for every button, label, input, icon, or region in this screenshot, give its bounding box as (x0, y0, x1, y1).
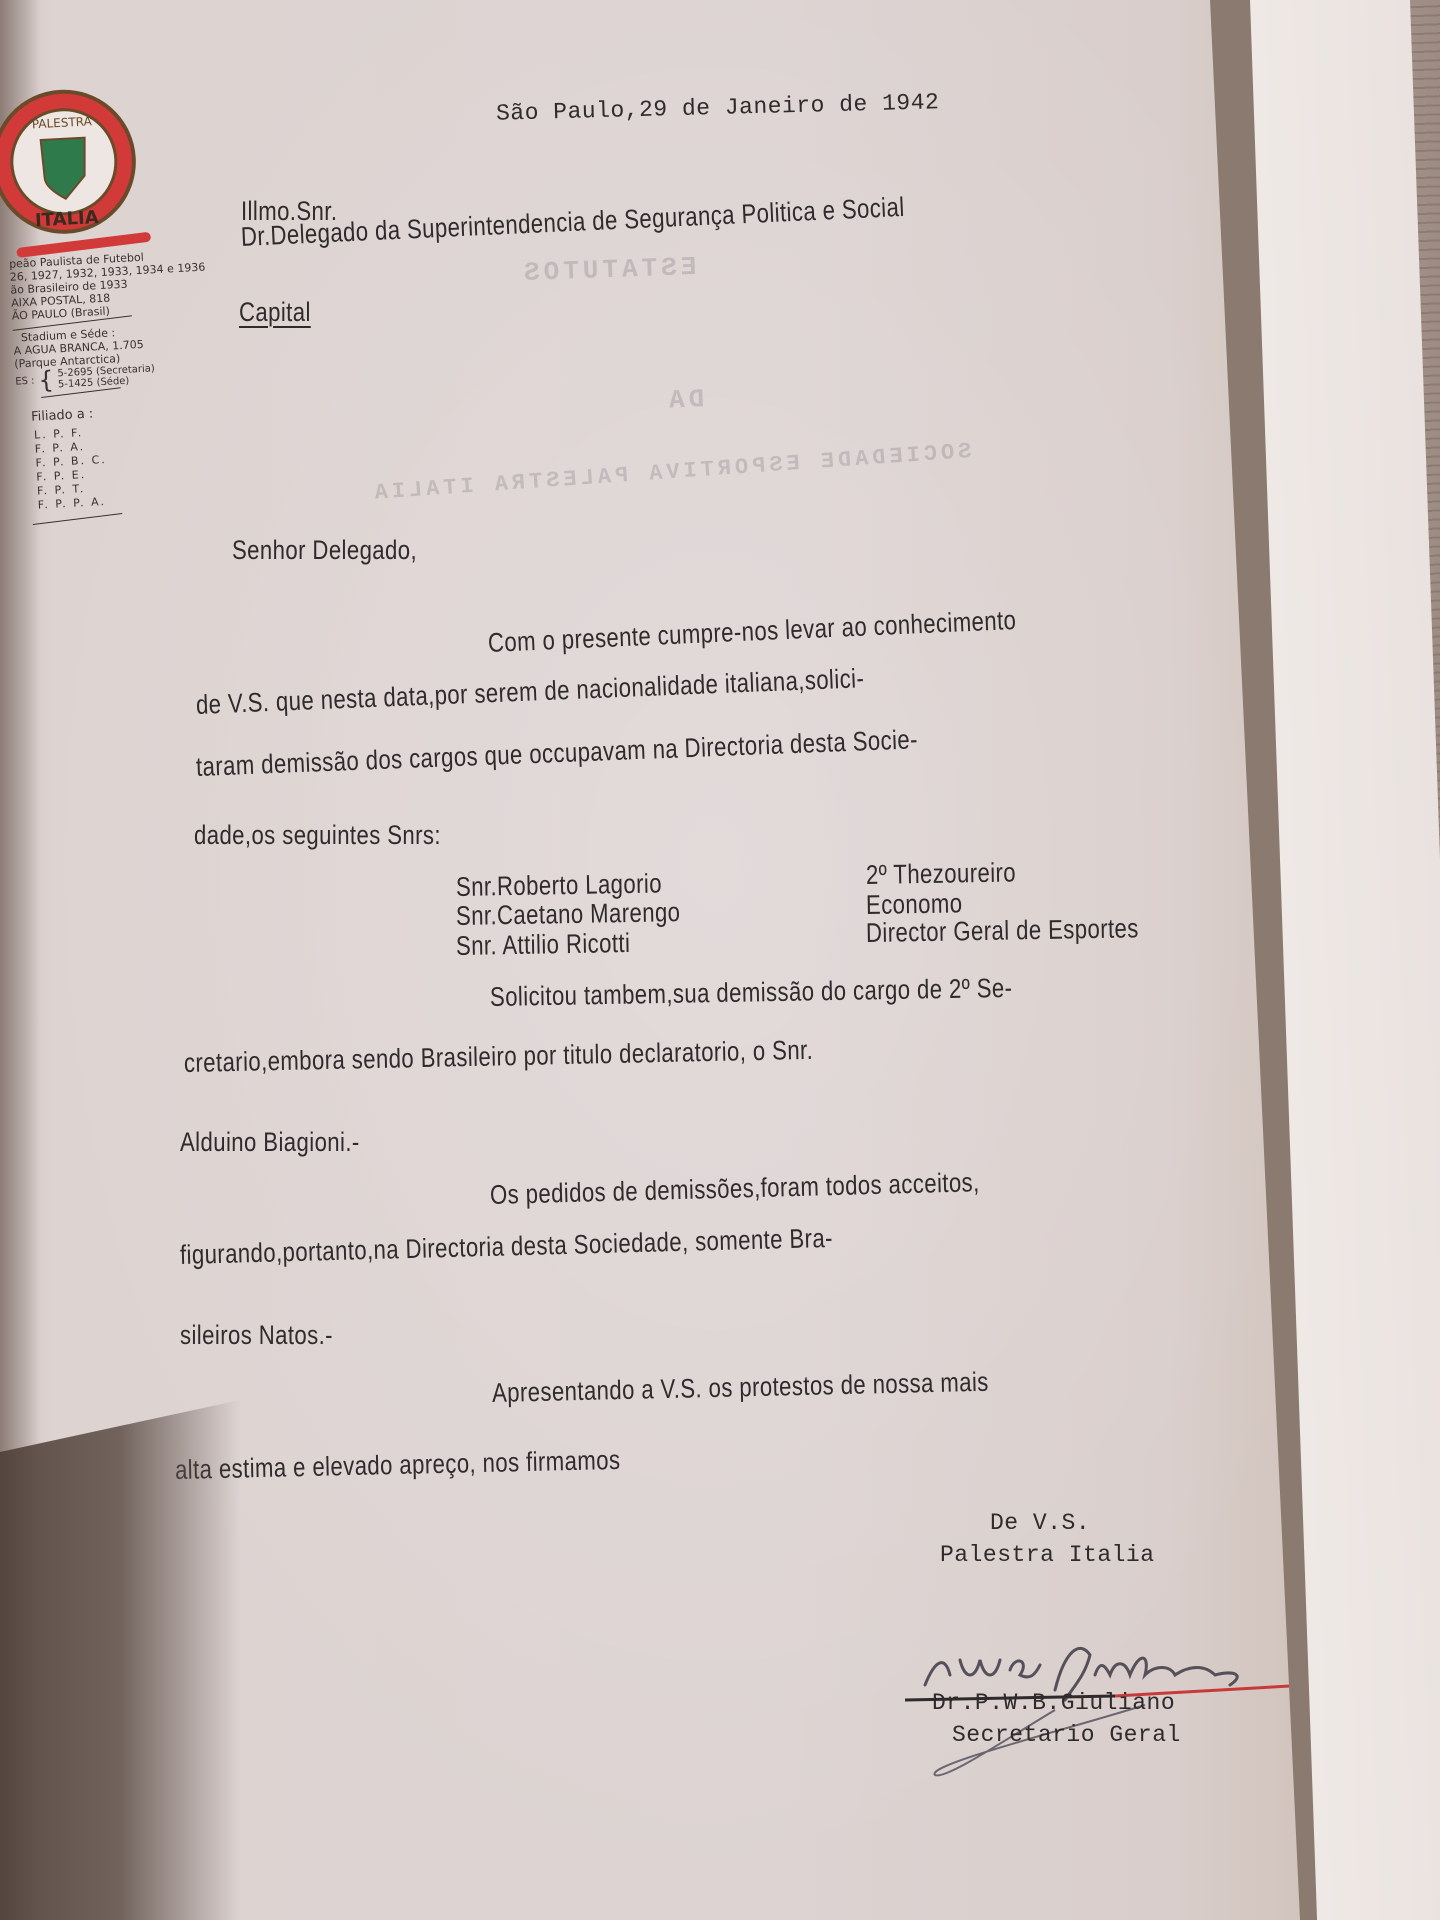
resignee-name: Snr.Caetano Marengo (456, 897, 681, 932)
club-letterhead: PALESTRA ITALIA peão Paulista de Futebol… (0, 80, 213, 527)
greeting: Senhor Delegado, (232, 535, 417, 566)
paragraph-line: Com o presente cumpre-nos levar ao conhe… (487, 605, 1017, 659)
paragraph-line: sileiros Natos.- (180, 1320, 333, 1351)
recipient-city: Capital (239, 297, 311, 328)
corner-shadow (0, 1400, 240, 1920)
resignee-role: Director Geral de Esportes (866, 913, 1139, 949)
crest-bottom-text: ITALIA (35, 207, 100, 231)
recipient-title: Dr.Delegado da Superintendencia de Segur… (240, 192, 905, 253)
paragraph-line: Os pedidos de demissões,foram todos acce… (490, 1167, 980, 1211)
place-and-date: São Paulo,29 de Janeiro de 1942 (496, 89, 940, 127)
paragraph-line: taram demissão dos cargos que occupavam … (195, 724, 918, 783)
bleed-through-society: SOCIEDADE ESPORTIVA PALESTRA ITALIA (370, 439, 972, 506)
phones-label: ES : (15, 375, 35, 387)
paragraph-line: Alduino Biagioni.- (180, 1127, 360, 1158)
paragraph-line: dade,os seguintes Snrs: (194, 820, 441, 851)
paragraph-line: Apresentando a V.S. os protestos de noss… (492, 1367, 989, 1409)
signatory-title: Secretario Geral (952, 1722, 1181, 1748)
palestra-italia-crest-logo: PALESTRA ITALIA (0, 83, 148, 241)
paragraph-line: alta estima e elevado apreço, nos firmam… (175, 1445, 621, 1486)
paragraph-line: Solicitou tambem,sua demissão do cargo d… (490, 973, 1013, 1013)
closing-organization: Palestra Italia (940, 1542, 1155, 1568)
bleed-through-da: DA (664, 384, 704, 415)
letterhead-titles: peão Paulista de Futebol 26, 1927, 1932,… (9, 248, 202, 323)
paragraph-line: cretario,embora sendo Brasileiro por tit… (184, 1035, 814, 1079)
letter-sheet: ESTATUTOS DA SOCIEDADE ESPORTIVA PALESTR… (0, 0, 1300, 1920)
bleed-through-title: ESTATUTOS (520, 252, 697, 288)
resignee-role: 2º Thezoureiro (866, 857, 1017, 891)
paragraph-line: de V.S. que nesta data,por serem de naci… (195, 663, 864, 721)
resignee-name: Snr. Attilio Ricotti (456, 928, 631, 962)
paragraph-line: figurando,portanto,na Directoria desta S… (180, 1223, 834, 1271)
brace-symbol: { (38, 369, 54, 392)
closing-de-vs: De V.S. (990, 1510, 1090, 1536)
letterhead-divider (33, 513, 122, 525)
affiliations-list: L. P. F. F. P. A. F. P. B. C. F. P. E. F… (18, 420, 212, 514)
signatory-name: Dr.P.W.B.Giuliano (932, 1690, 1175, 1716)
